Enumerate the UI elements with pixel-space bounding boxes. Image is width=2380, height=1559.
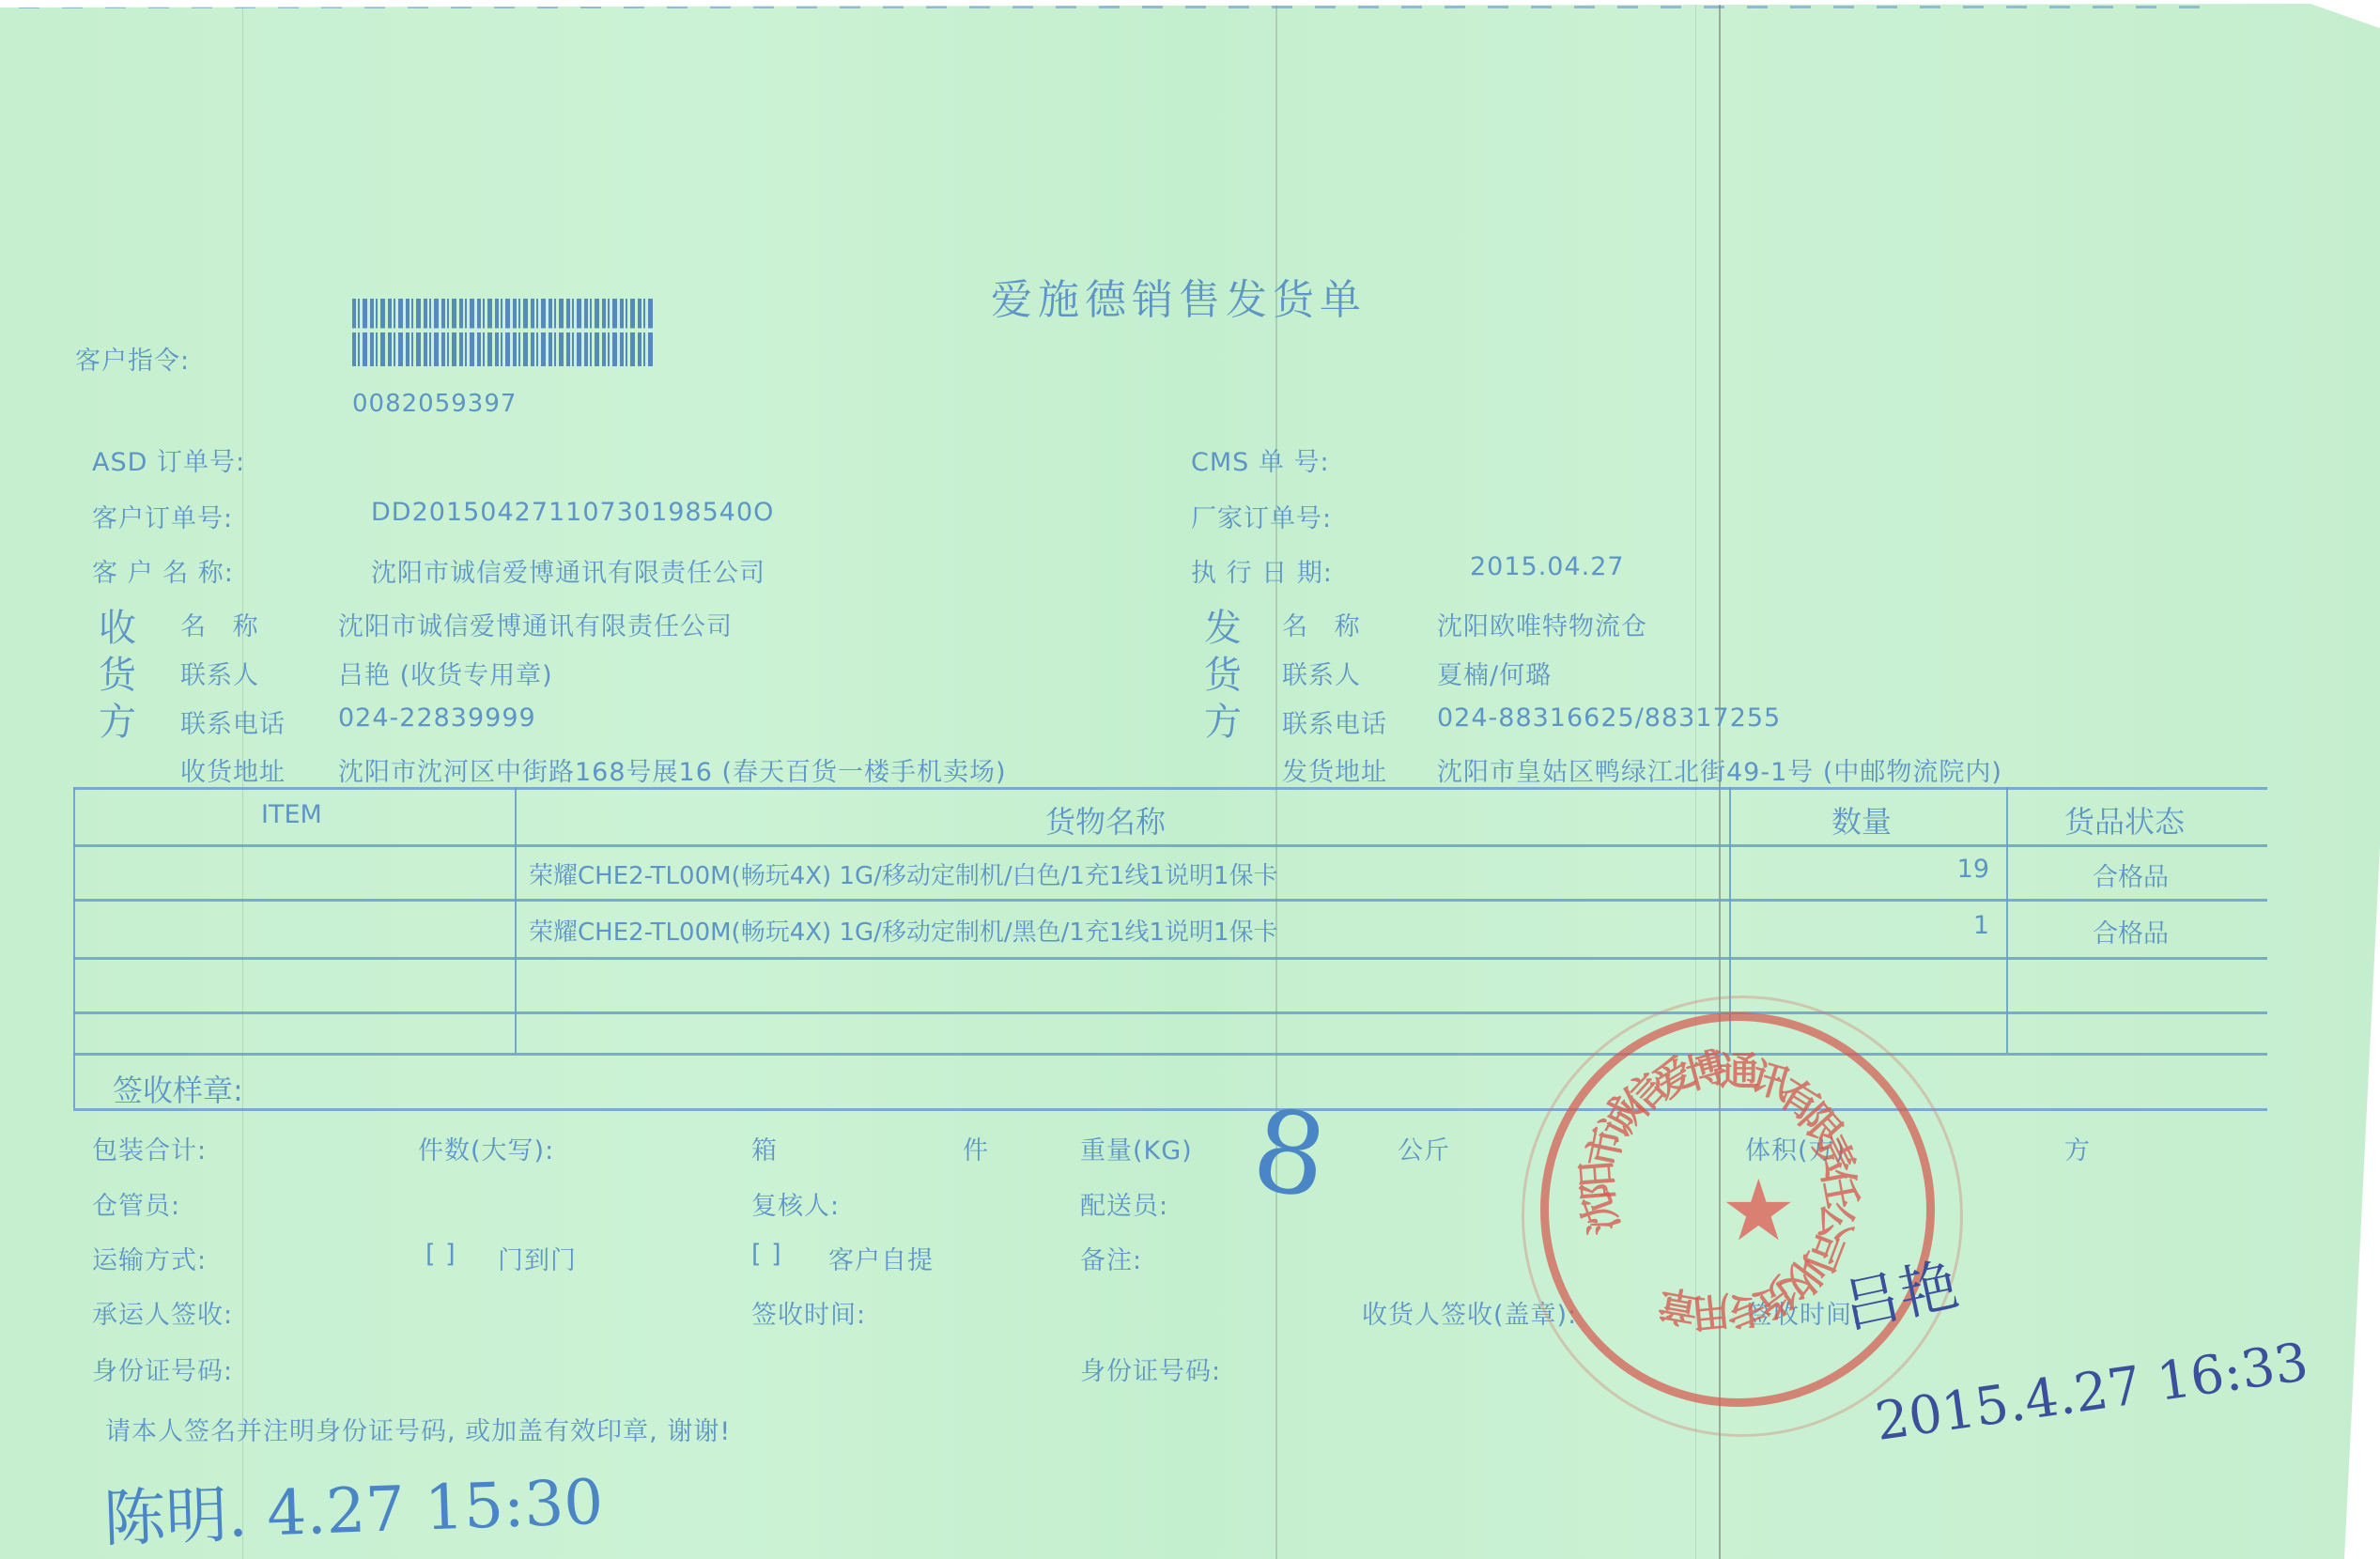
- volume-unit: 方: [2064, 1130, 2091, 1166]
- execution-date-label: 执 行 日 期:: [1191, 552, 1333, 589]
- document-title: 爱施德销售发货单: [991, 266, 1367, 326]
- asd-order-label: ASD 订单号:: [92, 441, 245, 478]
- id-number-label-right: 身份证号码:: [1080, 1351, 1221, 1387]
- weight-label: 重量(KG): [1080, 1130, 1193, 1166]
- shipper-address-label: 发货地址: [1282, 751, 1387, 788]
- carrier-sign-label: 承运人签收:: [92, 1294, 233, 1331]
- perforation-edge: [19, 6, 2207, 8]
- execution-date: 2015.04.27: [1470, 552, 1625, 581]
- goods-status: 合格品: [2093, 913, 2169, 949]
- shipper-side-char: 方: [1204, 692, 1243, 746]
- receiver-address: 沈阳市沈河区中街路168号展16 (春天百货一楼手机卖场): [338, 751, 1007, 788]
- piece-label: 件: [963, 1130, 989, 1166]
- customer-name-label: 客 户 名 称:: [92, 552, 234, 589]
- reviewer-label: 复核人:: [751, 1185, 840, 1222]
- warehouse-keeper-label: 仓管员:: [92, 1185, 180, 1222]
- goods-quantity: 19: [1914, 855, 1989, 884]
- door-to-door-checkbox[interactable]: [ ]: [425, 1240, 456, 1269]
- delivery-person-label: 配送员:: [1080, 1185, 1168, 1222]
- goods-name: 荣耀CHE2-TL00M(畅玩4X) 1G/移动定制机/白色/1充1线1说明1保…: [529, 857, 1278, 891]
- shipper-contact-label: 联系人: [1282, 655, 1361, 691]
- cms-number-label: CMS 单 号:: [1191, 441, 1330, 478]
- door-to-door-label: 门到门: [498, 1240, 577, 1276]
- stamp-star-icon: ★: [1721, 1169, 1797, 1254]
- package-total-label: 包装合计:: [92, 1130, 207, 1166]
- shipper-phone: 024-88316625/88317255: [1437, 703, 1781, 733]
- receiver-contact: 吕艳 (收货专用章): [338, 655, 553, 691]
- delivery-note-paper: 爱施德销售发货单 客户指令: 0082059397 ASD 订单号: 客户订单号…: [0, 0, 2380, 1559]
- signature-notice: 请本人签名并注明身份证号码, 或加盖有效印章, 谢谢!: [105, 1411, 731, 1447]
- goods-status: 合格品: [2093, 857, 2169, 893]
- customer-order-label: 客户订单号:: [92, 498, 233, 534]
- customer-name: 沈阳市诚信爱博通讯有限责任公司: [371, 552, 765, 589]
- paper-fold-line: [1275, 0, 1277, 1559]
- column-header-status: 货品状态: [2064, 798, 2185, 841]
- transport-method-label: 运输方式:: [92, 1240, 207, 1276]
- receiver-contact-label: 联系人: [180, 655, 259, 691]
- receiver-side-char: 方: [99, 692, 137, 746]
- sign-time-label: 签收时间:: [751, 1294, 866, 1331]
- goods-name: 荣耀CHE2-TL00M(畅玩4X) 1G/移动定制机/黑色/1充1线1说明1保…: [529, 913, 1278, 948]
- shipper-phone-label: 联系电话: [1282, 703, 1387, 740]
- column-header-goods-name: 货物名称: [1045, 798, 1166, 841]
- self-pickup-checkbox[interactable]: [ ]: [751, 1240, 782, 1269]
- pieces-label: 件数(大写):: [418, 1130, 554, 1166]
- shipper-name: 沈阳欧唯特物流仓: [1437, 606, 1647, 642]
- barcode: [352, 299, 655, 366]
- goods-table: ITEM 货物名称 数量 货品状态 荣耀CHE2-TL00M(畅玩4X) 1G/…: [73, 787, 2267, 1108]
- shipper-address: 沈阳市皇姑区鸭绿江北街49-1号 (中邮物流院内): [1437, 751, 2002, 788]
- goods-quantity: 1: [1914, 911, 1989, 940]
- sign-sample-label: 签收样章:: [113, 1067, 243, 1110]
- box-label: 箱: [751, 1130, 778, 1166]
- weight-unit: 公斤: [1398, 1130, 1450, 1166]
- receiver-phone-label: 联系电话: [180, 703, 286, 740]
- self-pickup-label: 客户自提: [828, 1240, 934, 1276]
- receiver-side-char: 货: [99, 645, 137, 699]
- shipper-contact: 夏楠/何璐: [1437, 655, 1552, 691]
- barcode-number: 0082059397: [352, 390, 517, 418]
- remarks-label: 备注:: [1080, 1240, 1142, 1276]
- receiver-phone: 024-22839999: [338, 703, 536, 733]
- shipper-side-char: 货: [1204, 645, 1243, 699]
- shipper-side-char: 发: [1204, 598, 1243, 652]
- customer-order-number: DD20150427110730198540O: [371, 498, 774, 527]
- column-header-quantity: 数量: [1831, 798, 1892, 841]
- handwritten-carrier-signature: 陈明. 4.27 15:30: [102, 1452, 605, 1559]
- receiver-side-char: 收: [99, 598, 137, 652]
- factory-order-label: 厂家订单号:: [1191, 498, 1332, 534]
- receiver-address-label: 收货地址: [180, 751, 286, 788]
- id-number-label: 身份证号码:: [92, 1351, 233, 1387]
- column-header-item: ITEM: [261, 800, 322, 829]
- handwritten-receiver-datetime: 2015.4.27 16:33: [1872, 1332, 2312, 1453]
- receiver-name: 沈阳市诚信爱博通讯有限责任公司: [338, 606, 733, 642]
- shipper-name-label: 名 称: [1282, 606, 1369, 642]
- customer-instruction-label: 客户指令:: [75, 340, 190, 377]
- receiver-name-label: 名 称: [180, 606, 268, 642]
